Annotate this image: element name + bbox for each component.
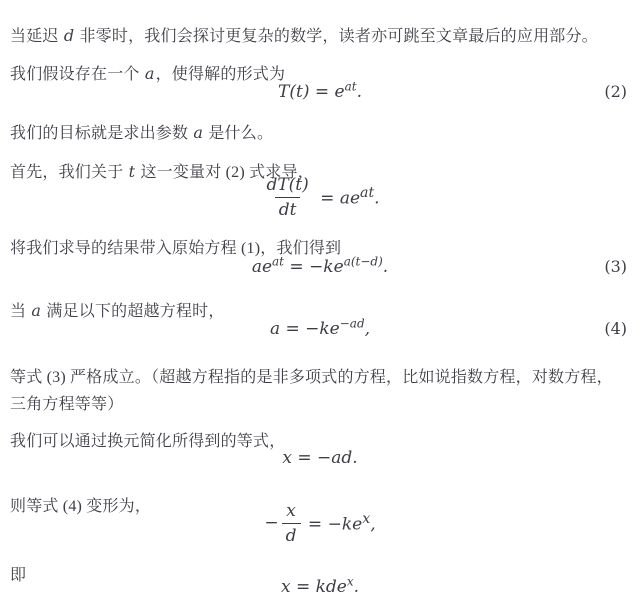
paragraph-text: 我们的目标就是求出参数 — [10, 125, 192, 142]
equation-4: a = −ke−ad, (4) — [10, 316, 630, 342]
fraction-denominator: dt — [275, 197, 301, 220]
fraction: x d — [282, 501, 301, 546]
superscript: at — [272, 254, 284, 268]
paragraph-delay-intro: 当延迟 d 非零时，我们会探讨更复杂的数学，读者亦可跳至文章最后的应用部分。 — [10, 24, 628, 49]
equation-rhs: = aeat. — [315, 185, 380, 209]
paragraph-text: 等式 (3) 严格成立。（超越方程指的是非多项式的方程，比如说指数方程，对数方程… — [10, 369, 613, 413]
equation-rhs: = −kex, — [303, 511, 376, 535]
fraction: dT(t) dt — [262, 175, 312, 220]
equation-substitution: x = −ad. — [10, 445, 630, 471]
superscript: −ad — [340, 316, 365, 330]
superscript: a(t−d) — [344, 254, 383, 268]
equation-substitution-body: x = −ad. — [282, 448, 357, 468]
superscript: x — [362, 511, 370, 527]
equation-number: (4) — [604, 316, 627, 342]
superscript: at — [345, 79, 357, 93]
equation-2: T(t) = eat. (2) — [10, 79, 630, 105]
equation-4-body: a = −ke−ad, — [270, 319, 370, 339]
fraction-numerator: x — [282, 501, 300, 523]
equation-3-body: aeat = −kea(t−d). — [252, 257, 388, 277]
math-variable-a: a — [192, 123, 204, 142]
equation-x-over-d: − x d = −kex, — [10, 499, 630, 545]
superscript: x — [347, 574, 354, 588]
equation-final: x = kdex. — [10, 574, 630, 600]
fraction-denominator: d — [282, 523, 301, 546]
paragraph-transcendental-note: 等式 (3) 严格成立。（超越方程指的是非多项式的方程，比如说指数方程，对数方程… — [10, 364, 628, 418]
equation-number: (2) — [604, 79, 627, 105]
equation-derivative-body: dT(t) dt = aeat. — [260, 175, 379, 220]
equation-number: (3) — [604, 254, 627, 280]
equation-derivative: dT(t) dt = aeat. — [10, 173, 630, 219]
paragraph-goal: 我们的目标就是求出参数 a 是什么。 — [10, 121, 628, 146]
paragraph-text: 当延迟 — [10, 28, 63, 45]
equation-final-body: x = kdex. — [281, 577, 359, 597]
article-page: 当延迟 d 非零时，我们会探讨更复杂的数学，读者亦可跳至文章最后的应用部分。 我… — [0, 0, 640, 601]
math-variable-d: d — [63, 26, 75, 45]
equation-x-over-d-body: − x d = −kex, — [264, 501, 375, 546]
superscript: at — [360, 185, 374, 201]
minus-sign: − — [264, 513, 278, 533]
paragraph-text: 非零时，我们会探讨更复杂的数学，读者亦可跳至文章最后的应用部分。 — [75, 28, 598, 45]
equation-2-body: T(t) = eat. — [278, 82, 362, 102]
paragraph-text: 是什么。 — [204, 125, 273, 142]
fraction-numerator: dT(t) — [262, 175, 312, 197]
equation-3: aeat = −kea(t−d). (3) — [10, 254, 630, 280]
